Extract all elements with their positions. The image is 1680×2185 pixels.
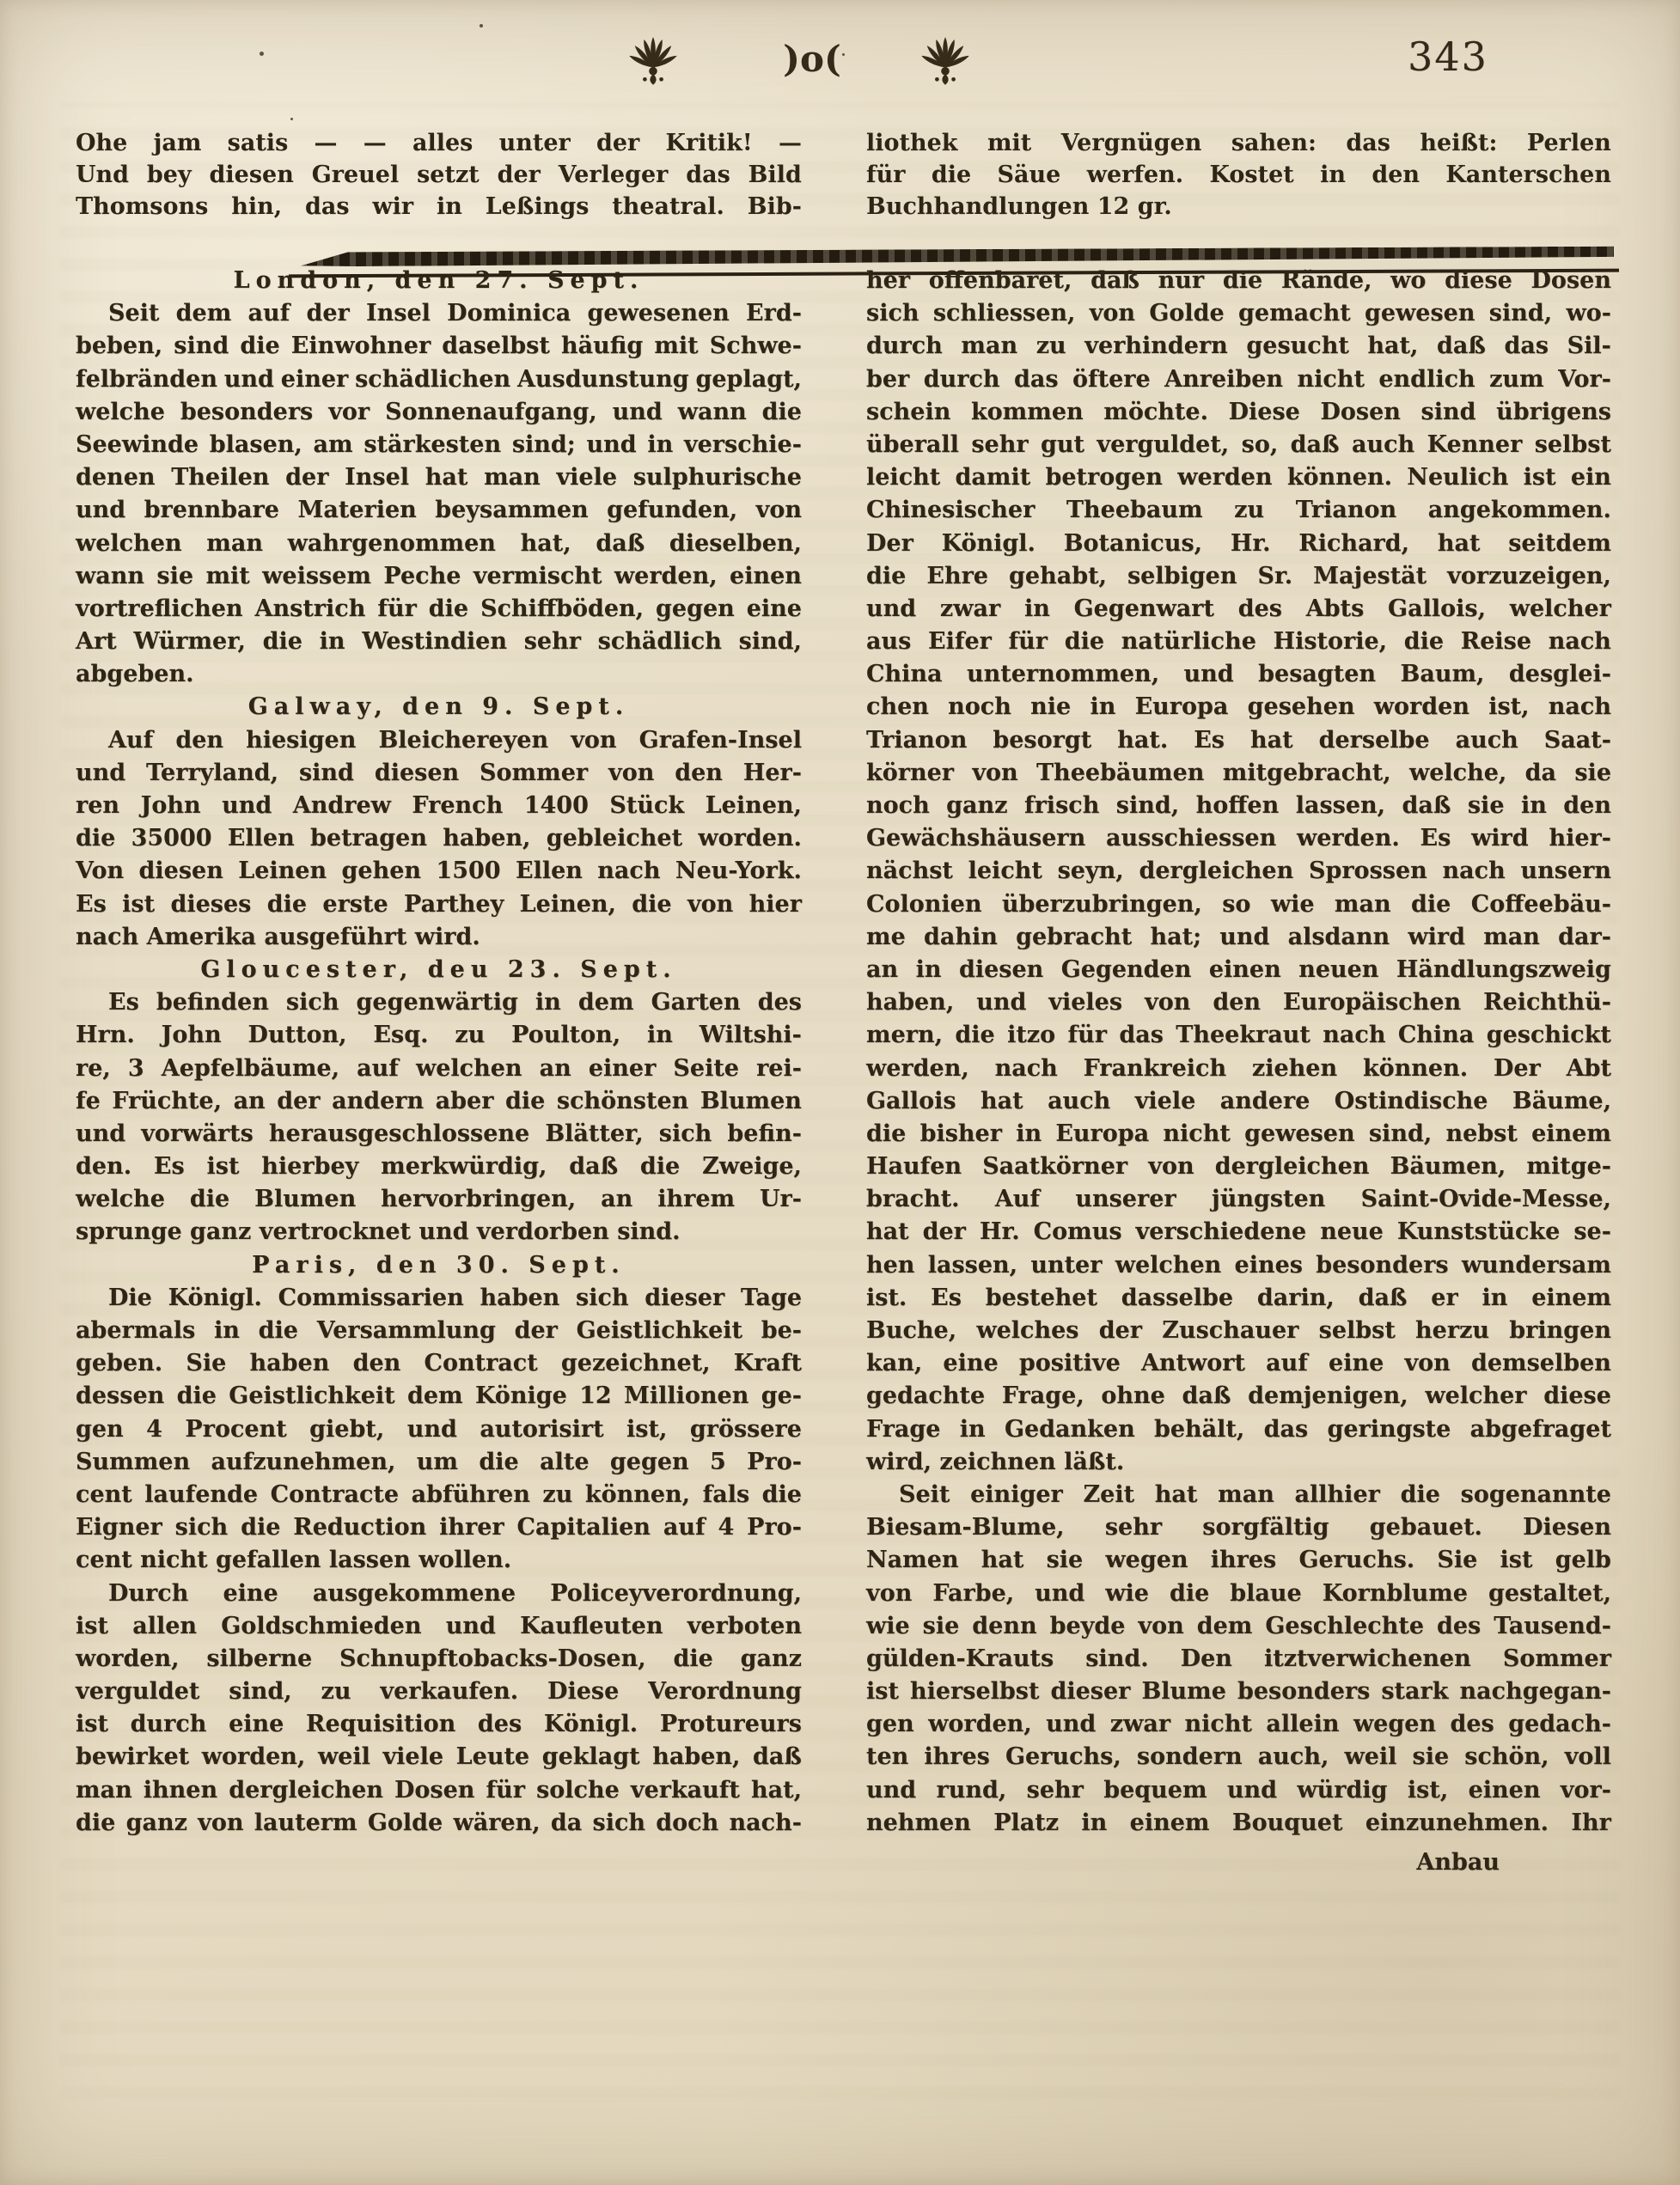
text-line: vonFarbe,undwiedieblaueKornblumegestalte… — [866, 1578, 1611, 1610]
ink-speck — [290, 118, 293, 120]
text-line: cent nicht gefallen lassen wollen. — [76, 1544, 802, 1577]
text-line: gülden-Krautssind.DenitztverwichenenSomm… — [866, 1643, 1611, 1675]
text-line: re,3Aepfelbäume,aufwelchenaneinerSeitere… — [76, 1053, 802, 1085]
text-line: anindiesenGegendeneinenneuenHändlungszwe… — [866, 954, 1611, 986]
text-line: undTerryland,sinddiesenSommervondenHer- — [76, 757, 802, 790]
text-line: sichschliessen,vonGoldegemachtgewesensin… — [866, 297, 1611, 330]
text-line: vortreflichenAnstrichfürdieSchiffböden,g… — [76, 593, 802, 626]
text-line: renJohnundAndrewFrench1400StückLeinen, — [76, 790, 802, 822]
text-line: Colonienüberzubringen,sowiemandieCoffeeb… — [866, 888, 1611, 921]
text-line: geben.SiehabendenContractgezeichnet,Kraf… — [76, 1347, 802, 1380]
text-line: durchmanzuverhinderngesuchthat,daßdasSil… — [866, 330, 1611, 363]
text-line: heroffenbaret,daßnurdieRände,wodieseDose… — [866, 265, 1611, 297]
dateline-heading: London, den 27. Sept. — [76, 265, 802, 297]
text-line: nächstleichtseyn,dergleichenSprossennach… — [866, 855, 1611, 888]
text-line: leichtdamitbetrogenwerdenkönnen.Neulichi… — [866, 461, 1611, 494]
text-line: liothekmitVergnügensahen:dasheißt:Perlen — [866, 127, 1611, 159]
text-line: undrund,sehrbequemundwürdigist,einenvor- — [866, 1774, 1611, 1807]
text-line: hatderHr.ComusverschiedeneneueKunststück… — [866, 1216, 1611, 1248]
text-line: Hrn.JohnDutton,Esq.zuPoulton,inWiltshi- — [76, 1019, 802, 1052]
text-line: die35000Ellenbetragenhaben,gebleichetwor… — [76, 822, 802, 855]
text-line: berdurchdasöftereAnreibennichtendlichzum… — [866, 363, 1611, 396]
text-line: NamenhatsiewegenihresGeruchs.Sieistgelb — [866, 1544, 1611, 1577]
text-line: wannsiemitweissemPechevermischtwerden,ei… — [76, 560, 802, 593]
body-right-column: heroffenbaret,daßnurdieRände,wodieseDose… — [866, 265, 1611, 1840]
text-line: Seewindeblasen,amstärkestensind;undinver… — [76, 429, 802, 461]
body-left-column: London, den 27. Sept.SeitdemaufderInselD… — [76, 265, 802, 1840]
text-line: dessendieGeistlichkeitdemKönige12Million… — [76, 1380, 802, 1413]
text-line: ChinesischerTheebaumzuTrianonangekommen. — [866, 494, 1611, 527]
ink-speck — [480, 24, 483, 27]
dateline-heading: Paris, den 30. Sept. — [76, 1249, 802, 1282]
text-line: Ohejamsatis——allesunterderKritik!— — [76, 127, 802, 159]
text-line: GalloishatauchvieleandereOstindischeBäum… — [866, 1085, 1611, 1118]
text-line: EignersichdieReductionihrerCapitalienauf… — [76, 1511, 802, 1544]
text-line: werden,nachFrankreichziehenkönnen.DerAbt — [866, 1053, 1611, 1085]
shell-fleuron-icon — [626, 36, 681, 86]
text-line: dieganzvonlautermGoldewären,dasichdochna… — [76, 1807, 802, 1840]
dateline-heading: Gloucester, deu 23. Sept. — [76, 954, 802, 986]
motto-right-column: liothekmitVergnügensahen:dasheißt:Perlen… — [866, 127, 1611, 223]
text-line: tenihresGeruchs,sondernauch,weilsieschön… — [866, 1741, 1611, 1773]
text-line: centlaufendeContracteabführenzukönnen,fa… — [76, 1479, 802, 1511]
text-line: mern,dieitzofürdasTheekrautnachChinagesc… — [866, 1019, 1611, 1052]
motto-left-column: Ohejamsatis——allesunterderKritik!—Undbey… — [76, 127, 802, 223]
text-line: sprunge ganz vertrocknet und verdorben s… — [76, 1216, 802, 1248]
text-line: wiesiedennbeydevondemGeschlechtedesTause… — [866, 1610, 1611, 1643]
text-line: DurcheineausgekommenePoliceyverordnung, — [76, 1578, 802, 1610]
text-line: Chinaunternommen,undbesagtenBaum,desglei… — [866, 658, 1611, 691]
text-line: ausEiferfürdienatürlicheHistorie,dieReis… — [866, 626, 1611, 658]
text-line: ist.Esbestehetdasselbedarin,daßerineinem — [866, 1282, 1611, 1315]
text-line: Buche,welchesderZuschauerselbstherzubrin… — [866, 1315, 1611, 1347]
text-line: verguldetsind,zuverkaufen.DieseVerordnun… — [76, 1675, 802, 1708]
text-line: undvorwärtsherausgeschlosseneBlätter,sic… — [76, 1118, 802, 1150]
text-line: nehmenPlatzineinemBouqueteinzunehmen.Ihr — [866, 1807, 1611, 1840]
text-line: ArtWürmer,dieinWestindiensehrschädlichsi… — [76, 626, 802, 658]
text-line: nochganzfrischsind,hoffenlassen,daßsiein… — [866, 790, 1611, 822]
text-line: AufdenhiesigenBleichereyenvonGrafen-Inse… — [76, 724, 802, 757]
text-line: körnervonTheebäumenmitgebracht,welche,da… — [866, 757, 1611, 790]
text-line: FrageinGedankenbehält,dasgeringsteabgefr… — [866, 1413, 1611, 1446]
text-line: manihnendergleichenDosenfürsolcheverkauf… — [76, 1774, 802, 1807]
text-line: beben,sinddieEinwohnerdaselbsthäufigmitS… — [76, 330, 802, 363]
text-line: EsbefindensichgegenwärtigindemGartendes — [76, 986, 802, 1019]
header-center-mark: )o( — [769, 36, 855, 84]
text-line: undzwarinGegenwartdesAbtsGallois,welcher — [866, 593, 1611, 626]
text-line: wird, zeichnen läßt. — [866, 1446, 1611, 1479]
text-line: gedachteFrage,ohnedaßdemjenigen,welcherd… — [866, 1380, 1611, 1413]
text-line: felbrändenundeinerschädlichenAusdunstung… — [76, 363, 802, 396]
text-line: Biesam-Blume,sehrsorgfältiggebauet.Diese… — [866, 1511, 1611, 1544]
text-line: kan,einepositiveAntwortaufeinevondemselb… — [866, 1347, 1611, 1380]
text-line: überallsehrgutverguldet,so,daßauchKenner… — [866, 429, 1611, 461]
catchword: Anbau — [866, 1849, 1611, 1876]
text-line: Summenaufzunehmen,umdiealtegegen5Pro- — [76, 1446, 802, 1479]
text-line: Buchhandlungen 12 gr. — [866, 191, 1611, 223]
ink-speck — [260, 52, 264, 56]
text-line: denenTheilenderInselhatmanvielesulphuris… — [76, 461, 802, 494]
text-line: bracht.AufunsererjüngstenSaint-Ovide-Mes… — [866, 1183, 1611, 1216]
text-line: genworden,undzwarnichtalleinwegendesgeda… — [866, 1708, 1611, 1741]
text-line: welchenmanwahrgenommenhat,daßdieselben, — [76, 528, 802, 560]
text-line: gen4Procentgiebt,undautorisirtist,grösse… — [76, 1413, 802, 1446]
text-line: abermalsindieVersammlungderGeistlichkeit… — [76, 1315, 802, 1347]
text-line: istdurcheineRequisitiondesKönigl.Proture… — [76, 1708, 802, 1741]
text-line: scheinkommenmöchte.DieseDosensindübrigen… — [866, 396, 1611, 429]
text-line: istallenGoldschmiedenundKaufleutenverbot… — [76, 1610, 802, 1643]
text-line: welchebesondersvorSonnenaufgang,undwannd… — [76, 396, 802, 429]
text-line: henlassen,unterwelcheneinesbesonderswund… — [866, 1249, 1611, 1282]
text-line: den.Esisthierbeymerkwürdig,daßdieZweige, — [76, 1150, 802, 1183]
text-line: Gewächshäusernausschiessenwerden.Eswirdh… — [866, 822, 1611, 855]
page-number: 343 — [1379, 33, 1517, 81]
text-line: SeitdemaufderInselDominicagewesenenErd- — [76, 297, 802, 330]
text-line: DerKönigl.Botanicus,Hr.Richard,hatseitde… — [866, 528, 1611, 560]
text-line: DieKönigl.CommissarienhabensichdieserTag… — [76, 1282, 802, 1315]
text-line: bewirketworden,weilvieleLeutegeklagthabe… — [76, 1741, 802, 1773]
text-line: Thomsonshin,daswirinLeßingstheatral.Bib- — [76, 191, 802, 223]
dateline-heading: Galway, den 9. Sept. — [76, 691, 802, 723]
text-line: fürdieSäuewerfen.KostetindenKanterschen — [866, 159, 1611, 191]
text-line: VondiesenLeinengehen1500EllennachNeu-Yor… — [76, 855, 802, 888]
text-line: SeiteinigerZeithatmanallhierdiesogenannt… — [866, 1479, 1611, 1511]
text-line: abgeben. — [76, 658, 802, 691]
text-line: medahingebrachthat;undalsdannwirdmandar- — [866, 921, 1611, 954]
divider-thick-bar — [301, 247, 1614, 267]
text-line: nach Amerika ausgeführt wird. — [76, 921, 802, 954]
text-line: haben,undvielesvondenEuropäischenReichth… — [866, 986, 1611, 1019]
text-line: diebisherinEuropanichtgewesensind,nebste… — [866, 1118, 1611, 1150]
text-line: isthierselbstdieserBlumebesondersstarkna… — [866, 1675, 1611, 1708]
text-line: UndbeydiesenGreuelsetztderVerlegerdasBil… — [76, 159, 802, 191]
text-line: feFrüchte,anderandernaberdieschönstenBlu… — [76, 1085, 802, 1118]
text-line: worden,silberneSchnupftobacks-Dosen,dieg… — [76, 1643, 802, 1675]
text-line: welchedieBlumenhervorbringen,anihremUr- — [76, 1183, 802, 1216]
shell-fleuron-icon — [918, 36, 973, 86]
text-line: undbrennbareMaterienbeysammengefunden,vo… — [76, 494, 802, 527]
text-line: chennochnieinEuropagesehenwordenist,nach — [866, 691, 1611, 723]
text-line: Trianonbesorgthat.EshatderselbeauchSaat- — [866, 724, 1611, 757]
newspaper-page-scan: )o( 343 Ohejamsatis——allesunterderKritik… — [0, 0, 1680, 2185]
text-line: dieEhregehabt,selbigenSr.Majestätvorzuze… — [866, 560, 1611, 593]
text-line: HaufenSaatkörnervondergleichenBäumen,mit… — [866, 1150, 1611, 1183]
text-line: EsistdiesesdieerstePartheyLeinen,dievonh… — [76, 888, 802, 921]
